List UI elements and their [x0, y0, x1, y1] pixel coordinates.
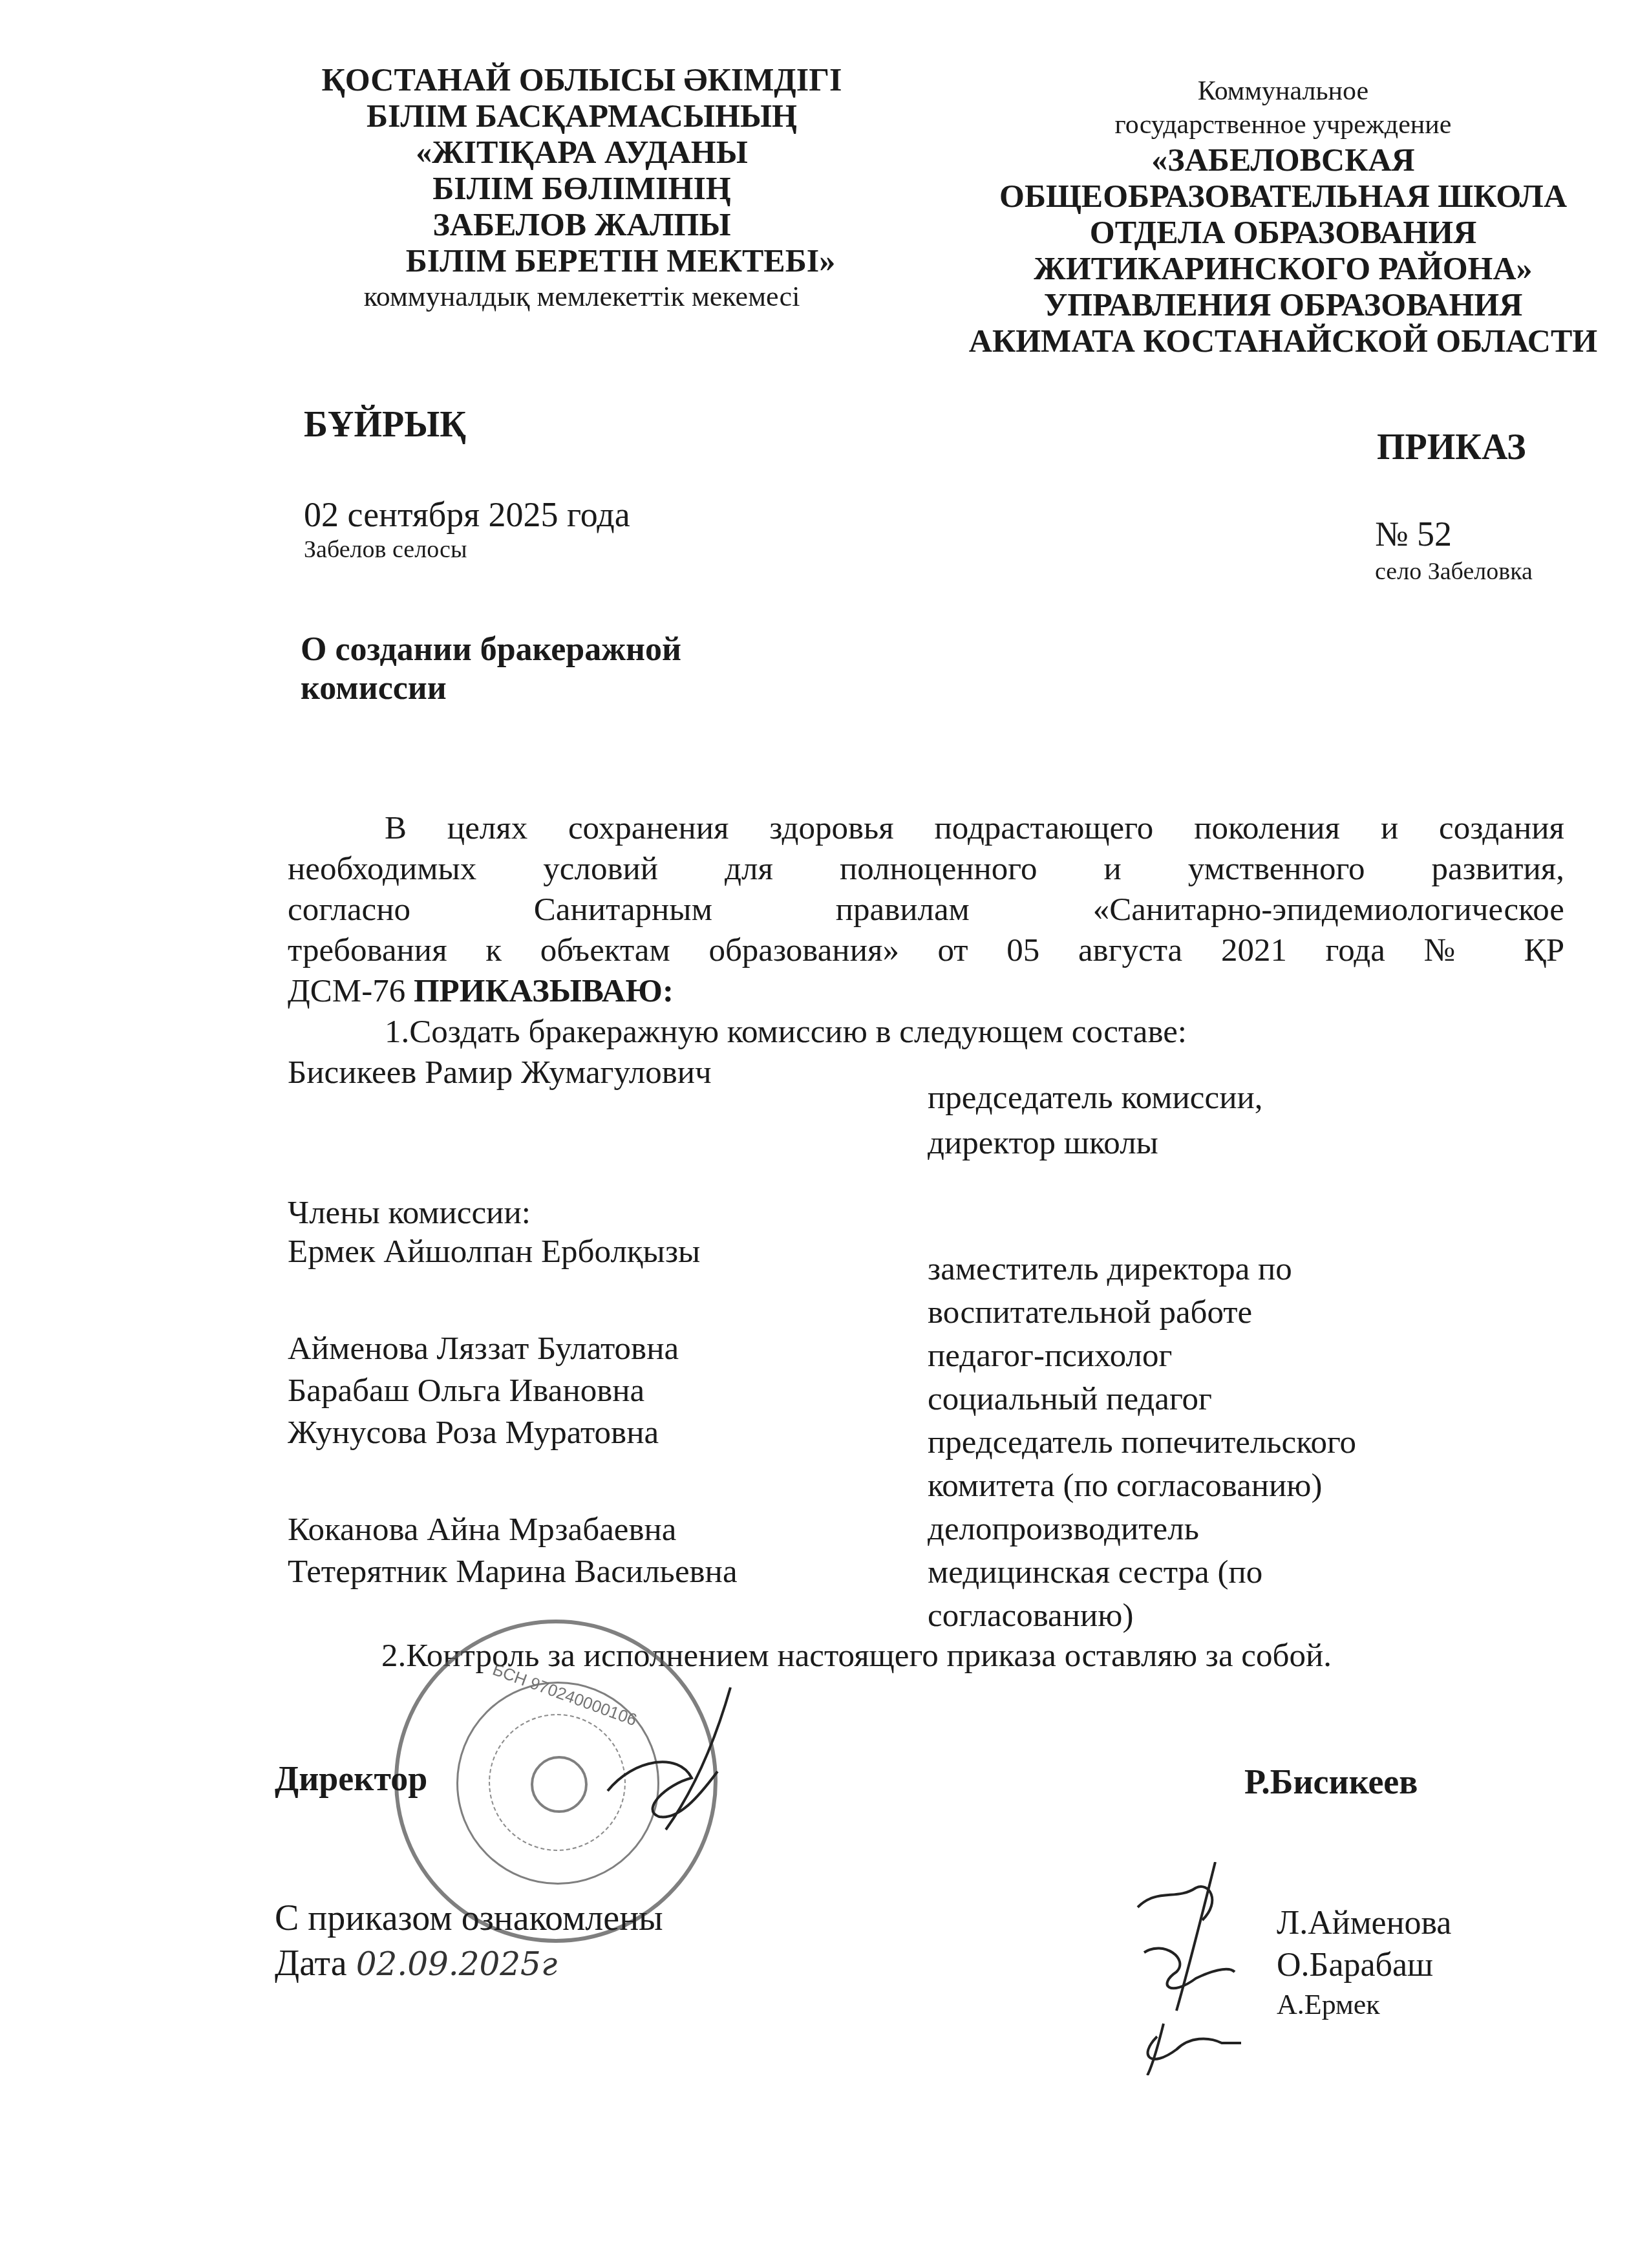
header-ru-line: «ЗАБЕЛОВСКАЯ	[950, 142, 1616, 178]
director-signature-icon	[569, 1681, 776, 1862]
member-role: председатель попечительского	[928, 1421, 1356, 1464]
chair-role: директор школы	[928, 1122, 1158, 1165]
member-name: Тетерятник Марина Васильевна	[288, 1552, 738, 1592]
ack-date-label: Дата	[275, 1943, 347, 1984]
ack-label: С приказом ознакомлены	[275, 1898, 663, 1939]
header-kz-line: БІЛІМ БАСҚАРМАСЫНЫҢ	[278, 98, 886, 134]
member-name: Ермек Айшолпан Ерболқызы	[288, 1232, 700, 1272]
member-name: Коканова Айна Мрзабаевна	[288, 1510, 677, 1550]
header-ru-line: ОТДЕЛА ОБРАЗОВАНИЯ	[950, 214, 1616, 250]
header-ru-line: ЖИТИКАРИНСКОГО РАЙОНА»	[950, 250, 1616, 286]
member-role: комитета (по согласованию)	[928, 1464, 1322, 1508]
signatory-position: Директор	[275, 1759, 427, 1799]
doc-subject: О создании бракеражной комиссии	[301, 630, 681, 708]
doc-title-ru: ПРИКАЗ	[1377, 427, 1526, 468]
intro-line: В целях сохранения здоровья подрастающег…	[288, 808, 1564, 849]
chair-role: председатель комиссии,	[928, 1076, 1262, 1120]
member-role: социальный педагог	[928, 1378, 1212, 1421]
doc-title-kz: БҰЙРЫҚ	[304, 404, 466, 445]
order-word: ПРИКАЗЫВАЮ:	[414, 973, 674, 1009]
header-ru-line: АКИМАТА КОСТАНАЙСКОЙ ОБЛАСТИ	[950, 323, 1616, 359]
member-role: воспитательной работе	[928, 1291, 1252, 1334]
header-ru-sub: государственное учреждение	[950, 108, 1616, 142]
doc-date: 02 сентября 2025 года	[304, 495, 630, 535]
header-kz: ҚОСТАНАЙ ОБЛЫСЫ ӘКІМДІГІ БІЛІМ БАСҚАРМАС…	[278, 61, 886, 315]
doc-subject-line: комиссии	[301, 669, 681, 708]
item-1: 1.Создать бракеражную комиссию в следующ…	[288, 1012, 1564, 1053]
intro-line: требования к объектам образования» от 05…	[288, 930, 1564, 971]
doc-number: № 52	[1375, 514, 1452, 554]
doc-place-kz: Забелов селосы	[304, 535, 467, 564]
ack-date-handwritten: 02.09.2025г	[356, 1945, 558, 1983]
header-kz-line: ҚОСТАНАЙ ОБЛЫСЫ ӘКІМДІГІ	[278, 61, 886, 98]
header-kz-sub: коммуналдық мемлекеттік мекемесі	[278, 279, 886, 315]
ack-signatures-icon	[1118, 1862, 1267, 2075]
header-kz-line: БІЛІМ БӨЛІМІНІҢ	[278, 170, 886, 206]
doc-place-ru: село Забеловка	[1375, 557, 1533, 586]
member-role: заместитель директора по	[928, 1248, 1292, 1291]
ack-name: О.Барабаш	[1277, 1946, 1433, 1984]
header-ru-line: ОБЩЕОБРАЗОВАТЕЛЬНАЯ ШКОЛА	[950, 178, 1616, 214]
intro-line: необходимых условий для полноценного и у…	[288, 849, 1564, 890]
header-kz-line: БІЛІМ БЕРЕТІН МЕКТЕБІ»	[278, 242, 886, 279]
members-label: Члены комиссии:	[288, 1193, 531, 1234]
header-ru: Коммунальное государственное учреждение …	[950, 74, 1616, 359]
doc-subject-line: О создании бракеражной	[301, 630, 681, 669]
signatory-name: Р.Бисикеев	[1244, 1762, 1418, 1802]
header-kz-line: «ЖІТІҚАРА АУДАНЫ	[278, 134, 886, 170]
ack-date-row: Дата 02.09.2025г	[275, 1943, 557, 1984]
header-kz-line: ЗАБЕЛОВ ЖАЛПЫ	[278, 206, 886, 242]
header-ru-sub: Коммунальное	[950, 74, 1616, 108]
member-role: медицинская сестра (по	[928, 1551, 1262, 1594]
member-role: согласованию)	[928, 1594, 1133, 1638]
member-name: Айменова Ляззат Булатовна	[288, 1329, 679, 1369]
ack-name: А.Ермек	[1277, 1988, 1380, 2021]
intro-line: согласно Санитарным правилам «Санитарно-…	[288, 890, 1564, 930]
ack-name: Л.Айменова	[1277, 1904, 1451, 1942]
member-role: педагог-психолог	[928, 1334, 1172, 1378]
member-name: Барабаш Ольга Ивановна	[288, 1371, 644, 1411]
header-ru-line: УПРАВЛЕНИЯ ОБРАЗОВАНИЯ	[950, 286, 1616, 323]
member-name: Жунусова Роза Муратовна	[288, 1413, 659, 1453]
member-role: делопроизводитель	[928, 1508, 1199, 1551]
intro-last-line: ДСМ-76 ПРИКАЗЫВАЮ:	[288, 971, 1564, 1012]
intro-last: ДСМ-76	[288, 973, 405, 1009]
chair-name: Бисикеев Рамир Жумагулович	[288, 1053, 712, 1093]
